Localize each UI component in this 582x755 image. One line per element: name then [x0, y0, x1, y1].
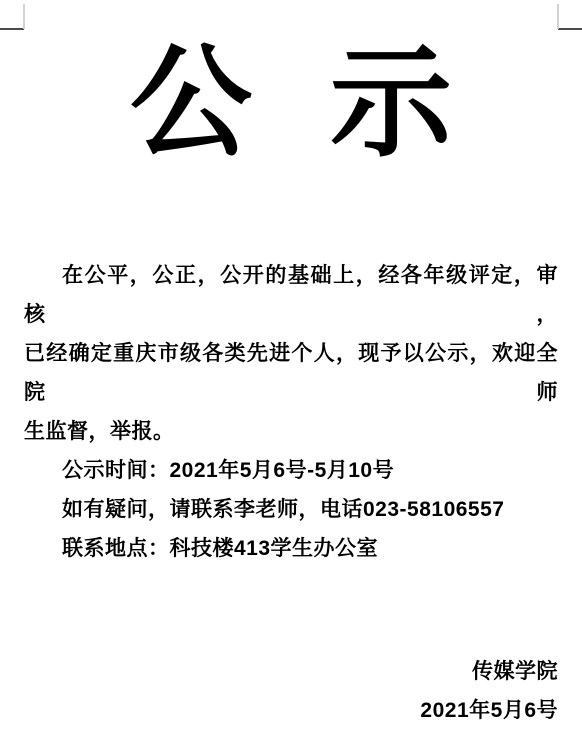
title-char-1: 公	[130, 36, 252, 170]
body-paragraph-line-1: 在公平，公正，公开的基础上，经各年级评定，审核，	[24, 256, 558, 334]
info-line-address: 联系地点：科技楼413学生办公室	[24, 529, 558, 568]
crop-mark-top-left-vertical	[23, 4, 25, 29]
document-page: 公 示 在公平，公正，公开的基础上，经各年级评定，审核， 已经确定重庆市级各类先…	[0, 0, 582, 755]
crop-mark-top-left-horizontal	[0, 28, 24, 30]
body-paragraph-line-3: 生监督，举报。	[24, 412, 558, 451]
info-line-contact: 如有疑问，请联系李老师，电话023-58106557	[24, 490, 558, 529]
notice-body: 在公平，公正，公开的基础上，经各年级评定，审核， 已经确定重庆市级各类先进个人，…	[24, 256, 558, 568]
crop-mark-top-right-horizontal	[558, 28, 582, 30]
title-char-2: 示	[330, 36, 452, 170]
signature-date: 2021年5月6号	[420, 691, 558, 730]
signature-org: 传媒学院	[420, 652, 558, 691]
crop-mark-top-right-vertical	[557, 4, 559, 29]
body-paragraph-line-2: 已经确定重庆市级各类先进个人，现予以公示，欢迎全院师	[24, 334, 558, 412]
notice-title: 公 示	[0, 36, 582, 170]
signature-block: 传媒学院 2021年5月6号	[420, 652, 558, 730]
info-line-time: 公示时间：2021年5月6号-5月10号	[24, 451, 558, 490]
